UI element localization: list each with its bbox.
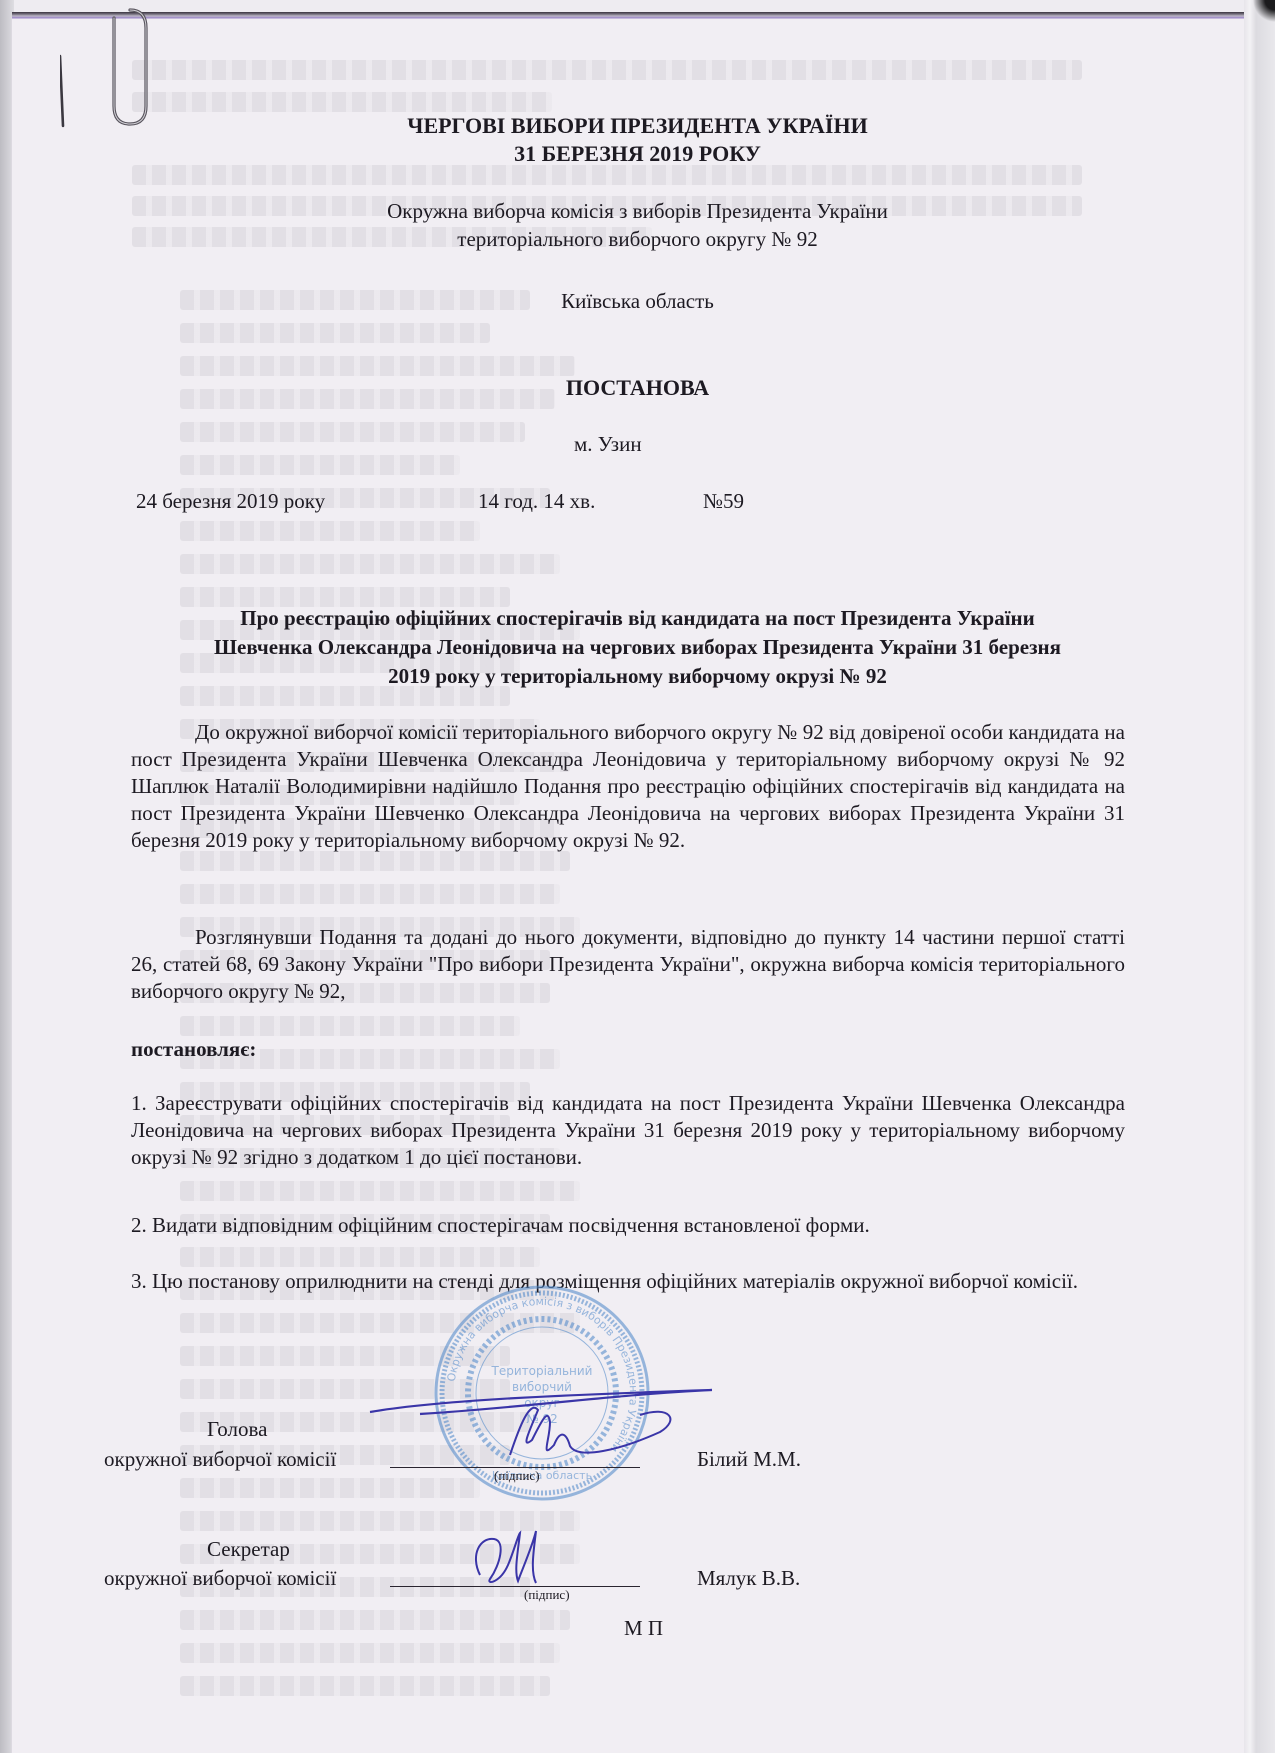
secretary-role-commission: окружної виборчої комісії bbox=[104, 1565, 336, 1591]
election-title: ЧЕРГОВІ ВИБОРИ ПРЕЗИДЕНТА УКРАЇНИ bbox=[0, 112, 1275, 140]
scan-corner-shadow bbox=[1245, 0, 1275, 30]
chair-signature-icon bbox=[360, 1380, 720, 1470]
subject-line-1: Про реєстрацію офіційних спостерігачів в… bbox=[0, 605, 1275, 631]
chair-role: Голова bbox=[207, 1416, 267, 1442]
paragraph-text: Розглянувши Подання та додані до нього д… bbox=[131, 924, 1125, 1005]
resolves-heading: постановляє: bbox=[131, 1036, 256, 1062]
subject-line-2: Шевченка Олександра Леонідовича на черго… bbox=[0, 634, 1275, 660]
page-top-edge bbox=[12, 12, 1244, 19]
secretary-name: Мялук В.В. bbox=[697, 1565, 800, 1591]
page-right-edge bbox=[1244, 0, 1275, 1753]
chair-role-commission: окружної виборчої комісії bbox=[104, 1446, 336, 1472]
subject-line-3: 2019 року у територіальному виборчому ок… bbox=[0, 663, 1275, 689]
resolution-item-2: 2. Видати відповідним офіційним спостері… bbox=[131, 1212, 1125, 1239]
chair-signature-caption: (підпис) bbox=[494, 1468, 540, 1484]
election-date-title: 31 БЕРЕЗНЯ 2019 РОКУ bbox=[0, 140, 1275, 168]
document-time: 14 год. 14 хв. bbox=[478, 488, 595, 514]
document-date: 24 березня 2019 року bbox=[136, 488, 325, 514]
secretary-signature-icon bbox=[460, 1525, 590, 1595]
body-paragraph-1: До окружної виборчої комісії територіаль… bbox=[131, 719, 1125, 854]
svg-text:Територіальний: Територіальний bbox=[491, 1364, 593, 1378]
document-place: м. Узин bbox=[574, 431, 642, 457]
district-name: територіального виборчого округу № 92 bbox=[0, 226, 1275, 252]
resolution-text: 1. Зареєструвати офіційних спостерігачів… bbox=[131, 1090, 1125, 1171]
document-number: №59 bbox=[703, 488, 744, 514]
document-type-title: ПОСТАНОВА bbox=[0, 374, 1275, 402]
commission-name: Окружна виборча комісія з виборів Презид… bbox=[0, 198, 1275, 224]
resolution-item-1: 1. Зареєструвати офіційних спостерігачів… bbox=[131, 1090, 1125, 1171]
secretary-role: Секретар bbox=[207, 1536, 290, 1562]
body-paragraph-2: Розглянувши Подання та додані до нього д… bbox=[131, 924, 1125, 1005]
resolution-text: 2. Видати відповідним офіційним спостері… bbox=[131, 1212, 1125, 1239]
paragraph-text: До окружної виборчої комісії територіаль… bbox=[131, 719, 1125, 854]
region-name: Київська область bbox=[0, 288, 1275, 314]
seal-mark: М П bbox=[624, 1615, 663, 1641]
